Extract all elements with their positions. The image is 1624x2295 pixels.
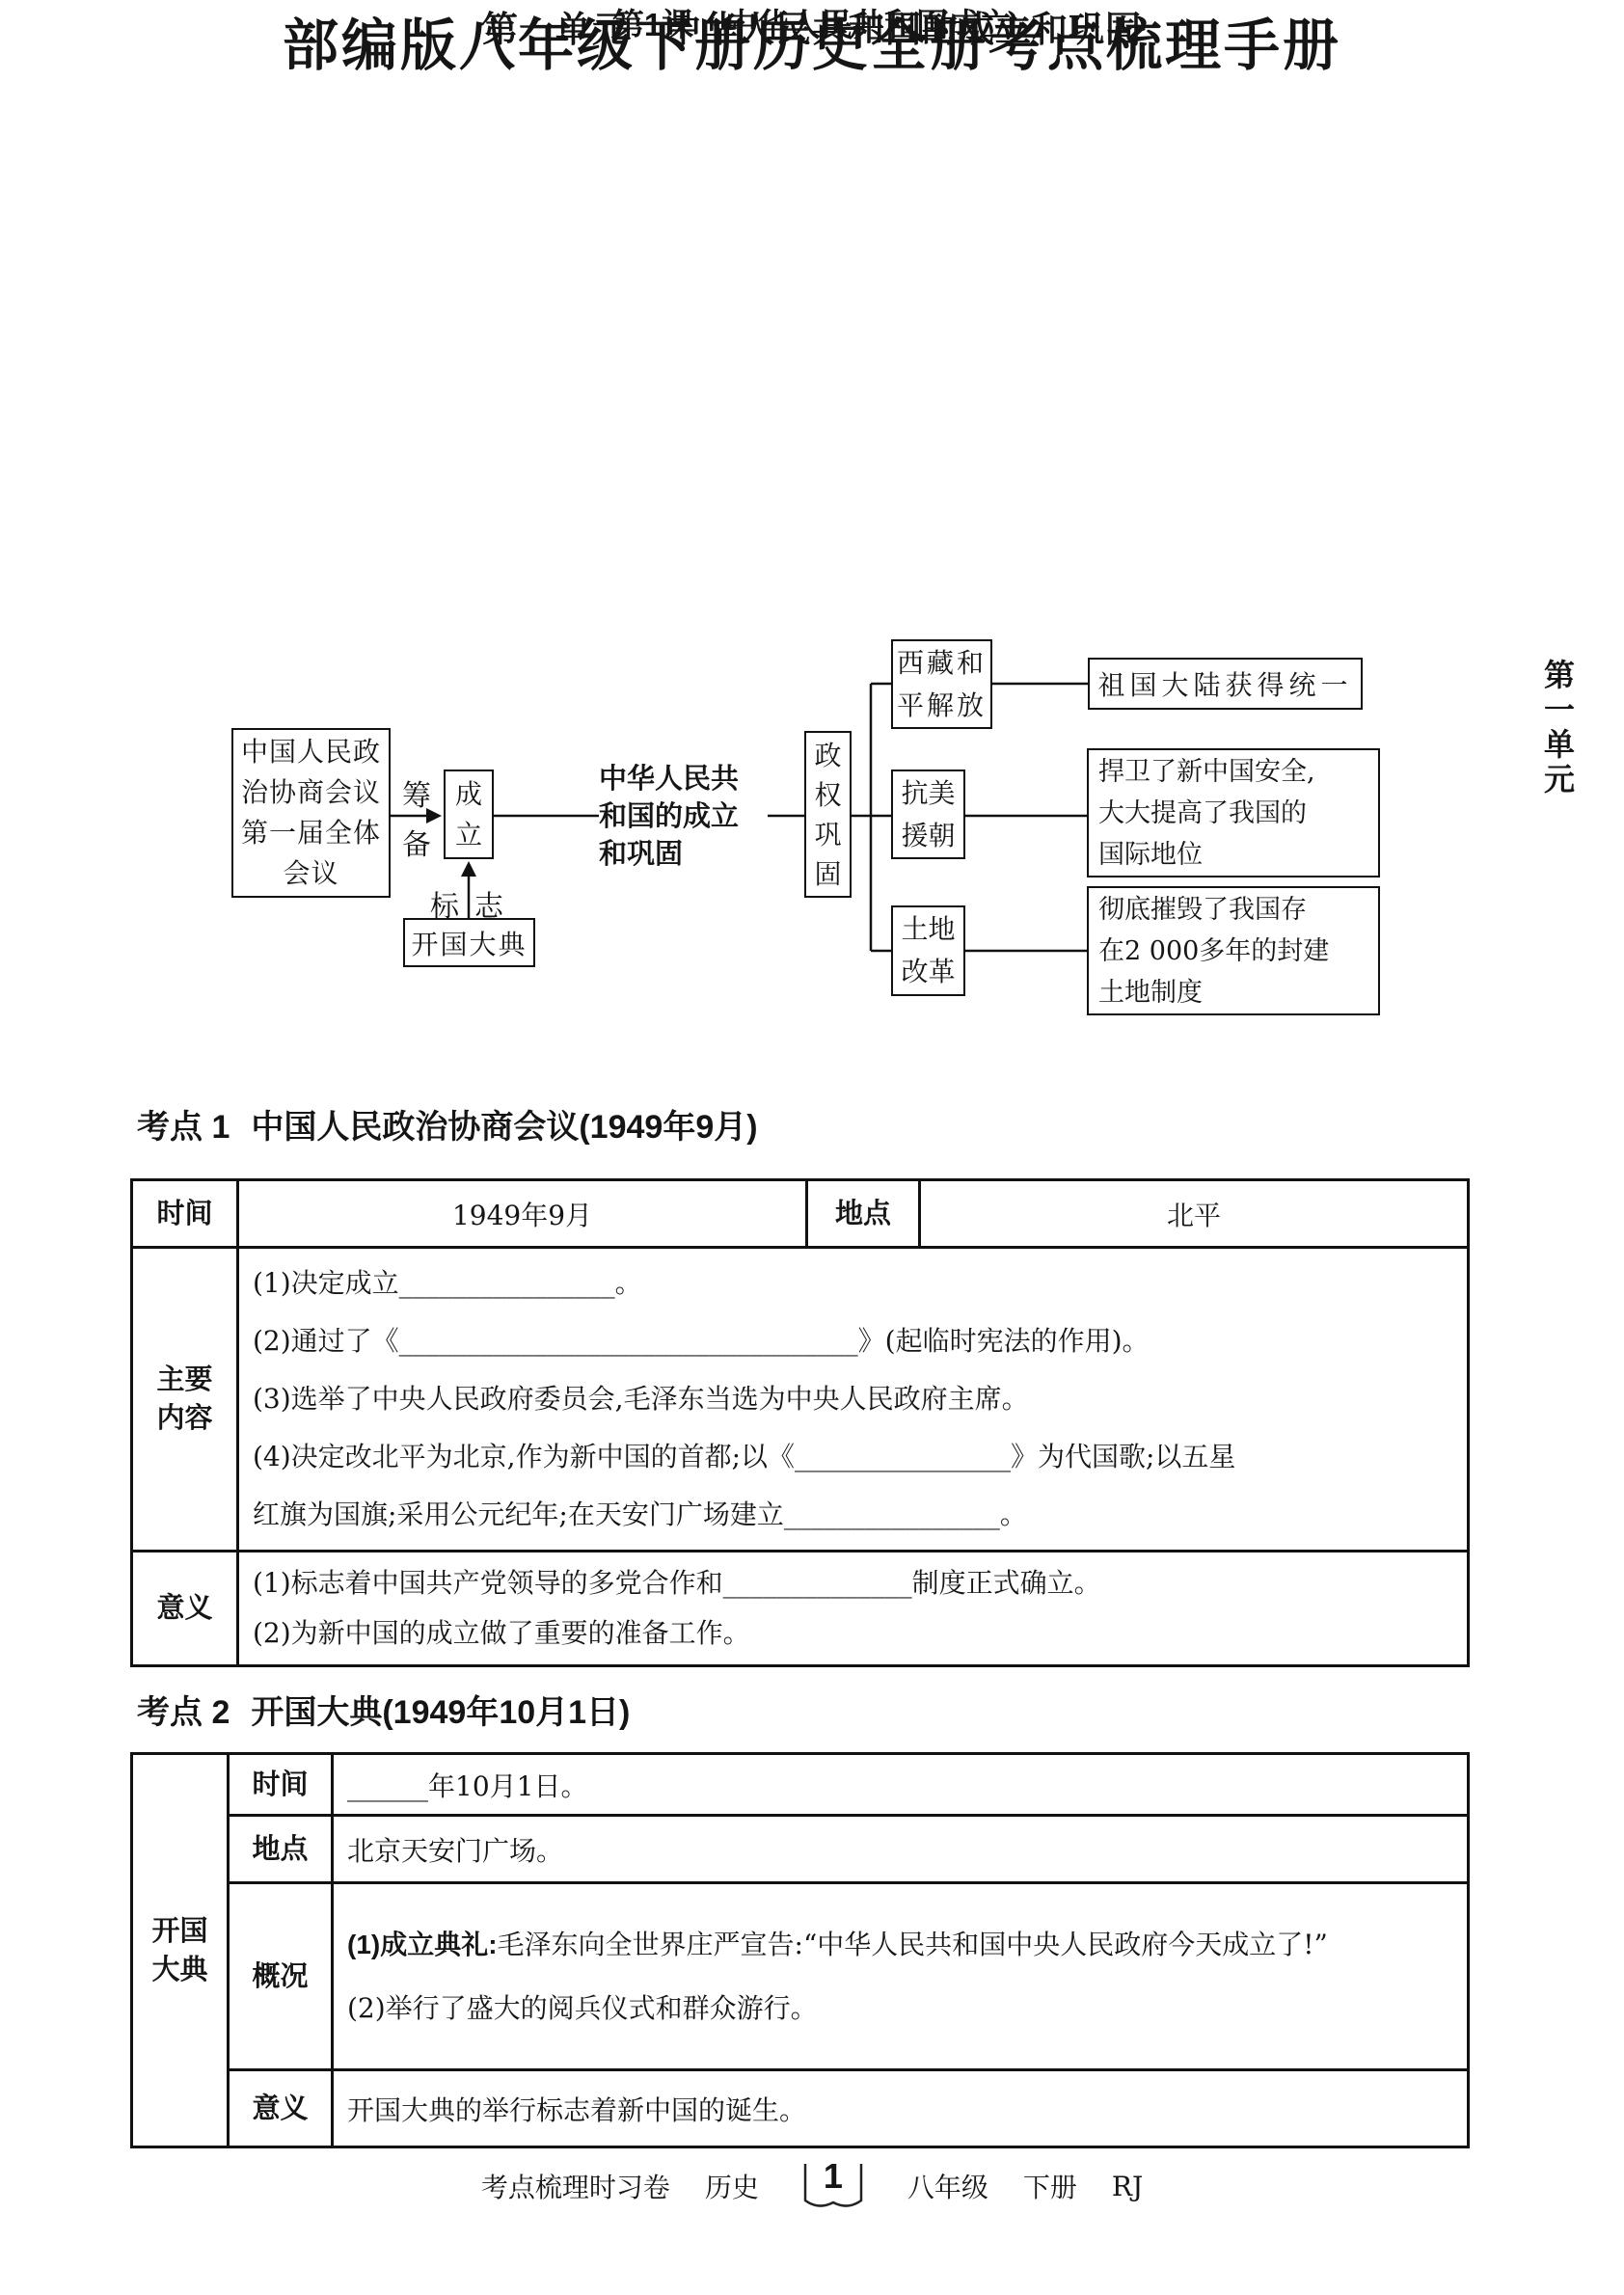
overview-line: (2)举行了盛大的阅兵仪式和群众游行。 xyxy=(347,1984,1453,2034)
meaning-line: (2)为新中国的成立做了重要的准备工作。 xyxy=(253,1608,1453,1659)
flow-arrow-label-prepare-top: 筹 xyxy=(402,771,431,814)
kaodian1-title: 中国人民政治协商会议(1949年9月) xyxy=(251,1109,757,1146)
flow-box-resist-us-aid-korea: 抗美 援朝 xyxy=(891,769,965,859)
meaning-line: (1)标志着中国共产党领导的多党合作和______________制度正式确立。 xyxy=(253,1558,1453,1608)
place-label-cell: 地点 xyxy=(229,1816,333,1883)
flow-arrow-label-prepare-bottom: 备 xyxy=(402,821,431,863)
overview-value-cell: (1)成立典礼:毛泽东向全世界庄严宣告:“中华人民共和国中央人民政府今天成立了!… xyxy=(333,1883,1469,2070)
footer-subject: 历史 xyxy=(705,2167,759,2205)
footer-series: 考点梳理时习卷 xyxy=(481,2167,670,2205)
content-line: (3)选举了中央人民政府委员会,毛泽东当选为中央人民政府主席。 xyxy=(253,1370,1453,1428)
lesson-heading: 第1课 中华人民共和国成立 xyxy=(0,0,1624,45)
overview-label-cell: 概况 xyxy=(229,1883,333,2070)
kaodian2-heading: 考点 2开国大典(1949年10月1日) xyxy=(137,1686,630,1733)
footer-edition: RJ xyxy=(1112,2171,1143,2202)
overview-line: (1)成立典礼:毛泽东向全世界庄严宣告:“中华人民共和国中央人民政府今天成立了!… xyxy=(347,1920,1453,1970)
time-value-cell: ______年10月1日。 xyxy=(333,1754,1469,1816)
kaodian1-heading: 考点 1中国人民政治协商会议(1949年9月) xyxy=(137,1100,758,1147)
meaning-value-cell: 开国大典的举行标志着新中国的诞生。 xyxy=(333,2070,1469,2147)
table-row: 概况 (1)成立典礼:毛泽东向全世界庄严宣告:“中华人民共和国中央人民政府今天成… xyxy=(132,1883,1469,2070)
table-row: 意义 开国大典的举行标志着新中国的诞生。 xyxy=(132,2070,1469,2147)
flow-box-regime-consolidation: 政 权 巩 固 xyxy=(804,731,852,898)
content-line: (4)决定改北平为北京,作为新中国的首都;以《________________》… xyxy=(253,1428,1453,1486)
overview-line1-lead: (1)成立典礼: xyxy=(347,1930,498,1959)
overview-line1-rest: 毛泽东向全世界庄严宣告:“中华人民共和国中央人民政府今天成立了!” xyxy=(498,1929,1328,1960)
flow-box-result-land: 彻底摧毁了我国存 在2 000多年的封建 土地制度 xyxy=(1087,886,1380,1015)
flow-center-goal-text: 中华人民共 和国的成立 和巩固 xyxy=(599,761,768,874)
meaning-label-cell: 意义 xyxy=(229,2070,333,2147)
kaodian1-table: 时间 1949年9月 地点 北平 主要 内容 (1)决定成立__________… xyxy=(130,1178,1470,1667)
page-footer: 考点梳理时习卷 历史 1 八年级 下册 RJ xyxy=(0,2158,1624,2214)
kaodian2-title: 开国大典(1949年10月1日) xyxy=(251,1694,630,1731)
place-value-cell: 北平 xyxy=(920,1180,1469,1248)
time-label-cell: 时间 xyxy=(229,1754,333,1816)
flow-box-land-reform: 土地 改革 xyxy=(891,905,965,996)
page-number-badge: 1 xyxy=(798,2158,869,2214)
table-row: 地点 北京天安门广场。 xyxy=(132,1816,1469,1883)
table-row: 主要 内容 (1)决定成立________________。 (2)通过了《__… xyxy=(132,1248,1469,1552)
flow-box-result-korea: 捍卫了新中国安全, 大大提高了我国的 国际地位 xyxy=(1087,748,1380,877)
flow-box-result-tibet: 祖国大陆获得统一 xyxy=(1088,658,1363,710)
kaodian2-label: 考点 2 xyxy=(137,1694,230,1731)
kaodian1-label: 考点 1 xyxy=(137,1109,230,1146)
footer-page-number: 1 xyxy=(798,2156,869,2197)
arrow-up-head xyxy=(461,861,476,877)
flow-box-tibet-liberation: 西藏和 平解放 xyxy=(891,639,992,729)
content-line: (1)决定成立________________。 xyxy=(253,1255,1453,1312)
time-value-cell: 1949年9月 xyxy=(238,1180,807,1248)
main-content-label-cell: 主要 内容 xyxy=(132,1248,238,1552)
main-content-value-cell: (1)决定成立________________。 (2)通过了《________… xyxy=(238,1248,1469,1552)
flow-box-cppcc-session: 中国人民政 治协商会议 第一届全体 会议 xyxy=(231,728,391,898)
footer-volume: 下册 xyxy=(1023,2167,1077,2205)
textbook-page: 部编版八年级下册历史全册考点梳理手册 第一单元 中华人民共和国的成立和巩固 中国… xyxy=(0,0,1624,2295)
content-line: (2)通过了《_________________________________… xyxy=(253,1312,1453,1370)
sidebar-unit-label: 第一单元 xyxy=(1535,659,1580,797)
table-row: 时间 1949年9月 地点 北平 xyxy=(132,1180,1469,1248)
meaning-value-cell: (1)标志着中国共产党领导的多党合作和______________制度正式确立。… xyxy=(238,1552,1469,1666)
table-row: 开国 大典 时间 ______年10月1日。 xyxy=(132,1754,1469,1816)
place-label-cell: 地点 xyxy=(807,1180,920,1248)
flow-box-founding: 成 立 xyxy=(444,769,494,859)
kaodian2-table: 开国 大典 时间 ______年10月1日。 地点 北京天安门广场。 概况 (1… xyxy=(130,1752,1470,2148)
time-label-cell: 时间 xyxy=(132,1180,238,1248)
place-value-cell: 北京天安门广场。 xyxy=(333,1816,1469,1883)
content-line: 红旗为国旗;采用公元纪年;在天安门广场建立________________。 xyxy=(253,1486,1453,1544)
outer-label-cell: 开国 大典 xyxy=(132,1754,229,2147)
meaning-label-cell: 意义 xyxy=(132,1552,238,1666)
footer-grade: 八年级 xyxy=(907,2167,988,2205)
flow-box-founding-ceremony: 开国大典 xyxy=(403,918,535,967)
table-row: 意义 (1)标志着中国共产党领导的多党合作和______________制度正式… xyxy=(132,1552,1469,1666)
